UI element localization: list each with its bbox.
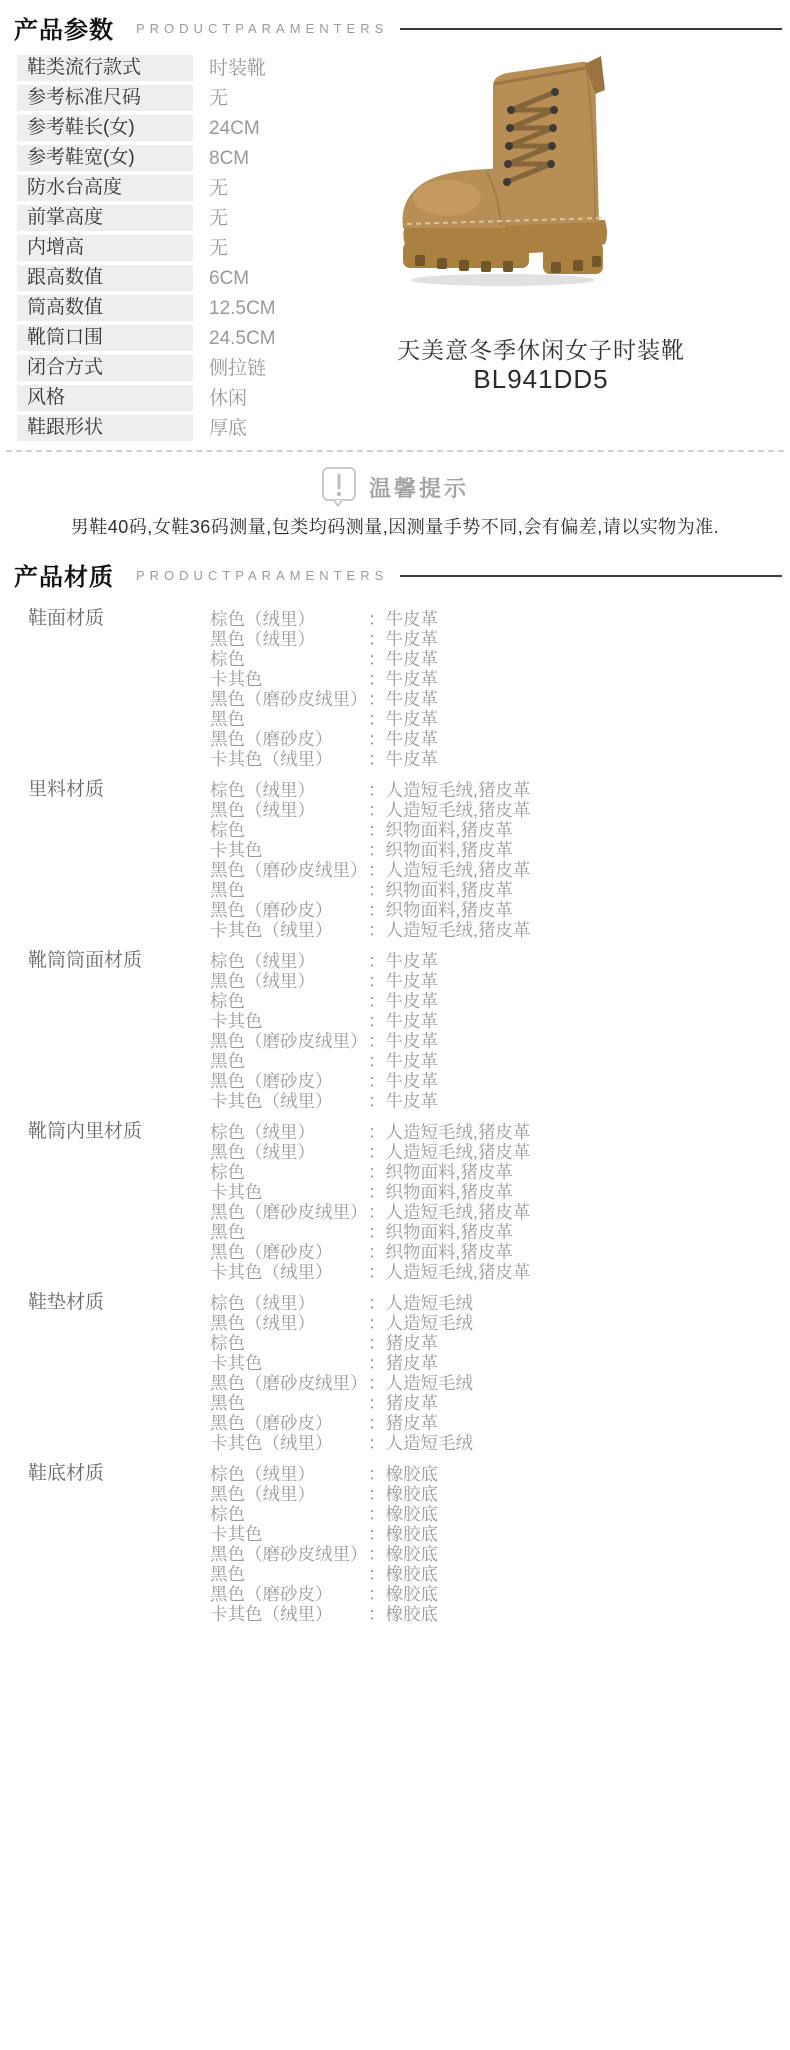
material-colon: ： [368, 609, 386, 629]
material-colon: ： [368, 1464, 386, 1484]
material-colon: ： [368, 1122, 386, 1142]
material-value: 牛皮革 [386, 689, 439, 709]
material-rows: 棕色（绒里）：牛皮革 黑色（绒里）：牛皮革 棕色：牛皮革 卡其色：牛皮革 黑色（… [210, 951, 790, 1111]
material-colon: ： [368, 800, 386, 820]
material-color-label: 卡其色（绒里） [210, 1433, 368, 1453]
material-colon: ： [368, 649, 386, 669]
material-color-label: 黑色 [210, 1051, 368, 1071]
material-colon: ： [368, 1182, 386, 1202]
material-color-label: 黑色 [210, 880, 368, 900]
material-colon: ： [368, 1071, 386, 1091]
material-color-label: 卡其色（绒里） [210, 749, 368, 769]
param-label: 靴筒口围 [17, 325, 193, 351]
tips-title: 温馨提示 [369, 472, 469, 503]
material-colon: ： [368, 1433, 386, 1453]
material-rows: 棕色（绒里）：牛皮革 黑色（绒里）：牛皮革 棕色：牛皮革 卡其色：牛皮革 黑色（… [210, 609, 790, 769]
param-value: 24CM [209, 115, 260, 141]
material-group-label: 靴筒内里材质 [28, 1122, 210, 1282]
material-color-label: 黑色（绒里） [210, 629, 368, 649]
material-value: 人造短毛绒,猪皮革 [386, 920, 531, 940]
material-row: 卡其色：猪皮革 [210, 1353, 790, 1373]
material-color-label: 棕色（绒里） [210, 780, 368, 800]
material-value: 织物面料,猪皮革 [386, 840, 513, 860]
material-value: 牛皮革 [386, 1031, 439, 1051]
material-colon: ： [368, 1564, 386, 1584]
section-header-rule [400, 28, 782, 30]
material-value: 人造短毛绒,猪皮革 [386, 1122, 531, 1142]
material-colon: ： [368, 1544, 386, 1564]
material-row: 棕色：橡胶底 [210, 1504, 790, 1524]
material-color-label: 黑色 [210, 1222, 368, 1242]
material-row: 卡其色：橡胶底 [210, 1524, 790, 1544]
material-color-label: 黑色（磨砂皮绒里） [210, 860, 368, 880]
material-color-label: 卡其色（绒里） [210, 1262, 368, 1282]
materials-section-title: 产品材质 [14, 557, 114, 592]
material-color-label: 棕色（绒里） [210, 1464, 368, 1484]
material-color-label: 黑色（磨砂皮） [210, 1071, 368, 1091]
product-name: 天美意冬季休闲女子时装靴 [300, 332, 782, 365]
material-colon: ： [368, 1031, 386, 1051]
material-row: 棕色（绒里）：牛皮革 [210, 951, 790, 971]
material-row: 卡其色（绒里）：牛皮革 [210, 749, 790, 769]
material-color-label: 黑色（磨砂皮） [210, 729, 368, 749]
material-color-label: 黑色（磨砂皮绒里） [210, 689, 368, 709]
param-label: 参考标准尺码 [17, 85, 193, 111]
material-colon: ： [368, 689, 386, 709]
material-value: 牛皮革 [386, 971, 439, 991]
material-row: 棕色：牛皮革 [210, 991, 790, 1011]
param-value: 12.5CM [209, 295, 276, 321]
material-row: 黑色（绒里）：人造短毛绒,猪皮革 [210, 800, 790, 820]
material-color-label: 卡其色（绒里） [210, 1604, 368, 1624]
material-row: 黑色（绒里）：橡胶底 [210, 1484, 790, 1504]
material-row: 黑色（磨砂皮绒里）：人造短毛绒 [210, 1373, 790, 1393]
boot-shadow [411, 274, 595, 286]
material-color-label: 卡其色 [210, 840, 368, 860]
material-value: 橡胶底 [386, 1504, 439, 1524]
material-group-label: 靴筒筒面材质 [28, 951, 210, 1111]
material-value: 牛皮革 [386, 629, 439, 649]
material-row: 黑色（绒里）：人造短毛绒,猪皮革 [210, 1142, 790, 1162]
exclamation-bubble-icon [321, 466, 357, 508]
material-color-label: 黑色（绒里） [210, 1484, 368, 1504]
material-value: 牛皮革 [386, 669, 439, 689]
material-value: 织物面料,猪皮革 [386, 900, 513, 920]
material-value: 人造短毛绒,猪皮革 [386, 860, 531, 880]
material-colon: ： [368, 900, 386, 920]
material-colon: ： [368, 1202, 386, 1222]
material-color-label: 卡其色 [210, 1524, 368, 1544]
material-colon: ： [368, 749, 386, 769]
material-rows: 棕色（绒里）：橡胶底 黑色（绒里）：橡胶底 棕色：橡胶底 卡其色：橡胶底 黑色（… [210, 1464, 790, 1624]
material-colon: ： [368, 1484, 386, 1504]
material-colon: ： [368, 1262, 386, 1282]
material-color-label: 棕色 [210, 1162, 368, 1182]
material-value: 人造短毛绒,猪皮革 [386, 780, 531, 800]
material-color-label: 黑色（磨砂皮） [210, 900, 368, 920]
material-colon: ： [368, 1504, 386, 1524]
material-row: 黑色（磨砂皮）：猪皮革 [210, 1413, 790, 1433]
material-value: 橡胶底 [386, 1544, 439, 1564]
material-color-label: 黑色 [210, 709, 368, 729]
material-value: 人造短毛绒 [386, 1373, 474, 1393]
material-row: 棕色：牛皮革 [210, 649, 790, 669]
material-value: 橡胶底 [386, 1464, 439, 1484]
material-value: 猪皮革 [386, 1393, 439, 1413]
materials-list: 鞋面材质 棕色（绒里）：牛皮革 黑色（绒里）：牛皮革 棕色：牛皮革 卡其色：牛皮… [0, 595, 790, 1624]
param-label: 筒高数值 [17, 295, 193, 321]
material-row: 棕色：猪皮革 [210, 1333, 790, 1353]
material-colon: ： [368, 991, 386, 1011]
material-rows: 棕色（绒里）：人造短毛绒,猪皮革 黑色（绒里）：人造短毛绒,猪皮革 棕色：织物面… [210, 780, 790, 940]
material-row: 卡其色（绒里）：人造短毛绒,猪皮革 [210, 1262, 790, 1282]
material-group-upper: 鞋面材质 棕色（绒里）：牛皮革 黑色（绒里）：牛皮革 棕色：牛皮革 卡其色：牛皮… [28, 609, 790, 769]
material-color-label: 棕色（绒里） [210, 609, 368, 629]
material-row: 卡其色（绒里）：牛皮革 [210, 1091, 790, 1111]
material-value: 牛皮革 [386, 1091, 439, 1111]
material-color-label: 棕色 [210, 820, 368, 840]
material-row: 黑色（磨砂皮）：织物面料,猪皮革 [210, 1242, 790, 1262]
material-color-label: 黑色（磨砂皮） [210, 1242, 368, 1262]
material-value: 橡胶底 [386, 1584, 439, 1604]
material-row: 棕色（绒里）：牛皮革 [210, 609, 790, 629]
params-section-title: 产品参数 [14, 10, 114, 45]
material-colon: ： [368, 1584, 386, 1604]
material-value: 人造短毛绒,猪皮革 [386, 1262, 531, 1282]
material-colon: ： [368, 1242, 386, 1262]
material-group-insole: 鞋垫材质 棕色（绒里）：人造短毛绒 黑色（绒里）：人造短毛绒 棕色：猪皮革 卡其… [28, 1293, 790, 1453]
material-colon: ： [368, 780, 386, 800]
material-value: 牛皮革 [386, 1051, 439, 1071]
material-value: 牛皮革 [386, 1071, 439, 1091]
material-value: 织物面料,猪皮革 [386, 880, 513, 900]
material-colon: ： [368, 920, 386, 940]
material-colon: ： [368, 1011, 386, 1031]
materials-section-header: 产品材质 PRODUCTPARAMENTERS [0, 547, 790, 595]
material-row: 黑色（绒里）：牛皮革 [210, 629, 790, 649]
material-color-label: 卡其色 [210, 1353, 368, 1373]
material-color-label: 黑色（磨砂皮绒里） [210, 1544, 368, 1564]
material-color-label: 黑色（磨砂皮绒里） [210, 1202, 368, 1222]
material-value: 牛皮革 [386, 951, 439, 971]
material-color-label: 棕色（绒里） [210, 1122, 368, 1142]
material-color-label: 棕色（绒里） [210, 951, 368, 971]
product-image-boot [395, 50, 610, 290]
material-row: 黑色：猪皮革 [210, 1393, 790, 1413]
param-label: 风格 [17, 385, 193, 411]
material-value: 牛皮革 [386, 1011, 439, 1031]
param-label: 闭合方式 [17, 355, 193, 381]
tips-header: 温馨提示 [0, 465, 790, 509]
top-area: 鞋类流行款式 时装靴 参考标准尺码 无 参考鞋长(女) 24CM 参考鞋宽(女)… [0, 48, 790, 450]
params-section-header: 产品参数 PRODUCTPARAMENTERS [0, 0, 790, 48]
param-label: 内增高 [17, 235, 193, 261]
material-row: 黑色：织物面料,猪皮革 [210, 1222, 790, 1242]
material-group-lining: 里料材质 棕色（绒里）：人造短毛绒,猪皮革 黑色（绒里）：人造短毛绒,猪皮革 棕… [28, 780, 790, 940]
material-colon: ： [368, 820, 386, 840]
material-value: 人造短毛绒 [386, 1293, 474, 1313]
material-colon: ： [368, 1333, 386, 1353]
param-label: 鞋类流行款式 [17, 55, 193, 81]
material-value: 织物面料,猪皮革 [386, 1242, 513, 1262]
material-colon: ： [368, 1524, 386, 1544]
material-group-label: 鞋底材质 [28, 1464, 210, 1624]
material-colon: ： [368, 860, 386, 880]
material-value: 人造短毛绒,猪皮革 [386, 1202, 531, 1222]
material-value: 织物面料,猪皮革 [386, 1162, 513, 1182]
param-value: 时装靴 [209, 55, 266, 81]
param-label: 参考鞋长(女) [17, 115, 193, 141]
material-row: 卡其色：织物面料,猪皮革 [210, 840, 790, 860]
material-row: 黑色（磨砂皮）：牛皮革 [210, 729, 790, 749]
param-label: 鞋跟形状 [17, 415, 193, 441]
material-colon: ： [368, 669, 386, 689]
material-value: 人造短毛绒,猪皮革 [386, 1142, 531, 1162]
material-row: 卡其色：牛皮革 [210, 1011, 790, 1031]
material-row: 黑色（磨砂皮）：织物面料,猪皮革 [210, 900, 790, 920]
material-row: 棕色（绒里）：人造短毛绒 [210, 1293, 790, 1313]
params-section-subtitle: PRODUCTPARAMENTERS [136, 21, 388, 36]
material-color-label: 黑色 [210, 1393, 368, 1413]
material-color-label: 卡其色 [210, 1011, 368, 1031]
material-row: 卡其色（绒里）：人造短毛绒,猪皮革 [210, 920, 790, 940]
material-row: 黑色（绒里）：人造短毛绒 [210, 1313, 790, 1333]
material-group-shaft-surface: 靴筒筒面材质 棕色（绒里）：牛皮革 黑色（绒里）：牛皮革 棕色：牛皮革 卡其色：… [28, 951, 790, 1111]
material-colon: ： [368, 1142, 386, 1162]
boot-toe-highlight [413, 180, 481, 216]
material-color-label: 棕色 [210, 1333, 368, 1353]
materials-section-subtitle: PRODUCTPARAMENTERS [136, 568, 388, 583]
material-row: 黑色（磨砂皮）：牛皮革 [210, 1071, 790, 1091]
material-colon: ： [368, 1413, 386, 1433]
param-value: 无 [209, 205, 228, 231]
material-value: 织物面料,猪皮革 [386, 820, 513, 840]
material-color-label: 卡其色（绒里） [210, 1091, 368, 1111]
material-row: 黑色（绒里）：牛皮革 [210, 971, 790, 991]
material-color-label: 黑色（绒里） [210, 971, 368, 991]
material-colon: ： [368, 880, 386, 900]
param-label: 前掌高度 [17, 205, 193, 231]
material-group-label: 鞋垫材质 [28, 1293, 210, 1453]
material-colon: ： [368, 1051, 386, 1071]
material-row: 黑色：橡胶底 [210, 1564, 790, 1584]
param-value: 24.5CM [209, 325, 276, 351]
material-row: 黑色：牛皮革 [210, 1051, 790, 1071]
material-color-label: 棕色 [210, 1504, 368, 1524]
material-colon: ： [368, 1293, 386, 1313]
material-value: 橡胶底 [386, 1604, 439, 1624]
material-value: 牛皮革 [386, 729, 439, 749]
material-color-label: 黑色（磨砂皮） [210, 1413, 368, 1433]
param-value: 无 [209, 85, 228, 111]
material-group-outsole: 鞋底材质 棕色（绒里）：橡胶底 黑色（绒里）：橡胶底 棕色：橡胶底 卡其色：橡胶… [28, 1464, 790, 1624]
material-colon: ： [368, 1393, 386, 1413]
material-color-label: 卡其色 [210, 669, 368, 689]
material-row: 黑色：牛皮革 [210, 709, 790, 729]
material-row: 黑色（磨砂皮绒里）：橡胶底 [210, 1544, 790, 1564]
material-colon: ： [368, 1091, 386, 1111]
material-value: 橡胶底 [386, 1484, 439, 1504]
material-row: 卡其色：织物面料,猪皮革 [210, 1182, 790, 1202]
param-label: 跟高数值 [17, 265, 193, 291]
param-label: 防水台高度 [17, 175, 193, 201]
material-value: 橡胶底 [386, 1564, 439, 1584]
param-value: 无 [209, 175, 228, 201]
material-value: 织物面料,猪皮革 [386, 1182, 513, 1202]
material-value: 牛皮革 [386, 709, 439, 729]
material-colon: ： [368, 709, 386, 729]
material-row: 棕色：织物面料,猪皮革 [210, 820, 790, 840]
material-color-label: 棕色（绒里） [210, 1293, 368, 1313]
material-value: 人造短毛绒,猪皮革 [386, 800, 531, 820]
material-group-shaft-lining: 靴筒内里材质 棕色（绒里）：人造短毛绒,猪皮革 黑色（绒里）：人造短毛绒,猪皮革… [28, 1122, 790, 1282]
material-value: 人造短毛绒 [386, 1313, 474, 1333]
material-colon: ： [368, 840, 386, 860]
material-colon: ： [368, 1313, 386, 1333]
param-value: 休闲 [209, 385, 247, 411]
material-row: 卡其色：牛皮革 [210, 669, 790, 689]
section-header-rule [400, 575, 782, 577]
material-rows: 棕色（绒里）：人造短毛绒,猪皮革 黑色（绒里）：人造短毛绒,猪皮革 棕色：织物面… [210, 1122, 790, 1282]
material-colon: ： [368, 1604, 386, 1624]
param-value: 6CM [209, 265, 249, 291]
product-model: BL941DD5 [300, 364, 782, 395]
material-value: 牛皮革 [386, 609, 439, 629]
material-value: 猪皮革 [386, 1413, 439, 1433]
material-value: 牛皮革 [386, 749, 439, 769]
material-value: 猪皮革 [386, 1353, 439, 1373]
param-value: 厚底 [209, 415, 247, 441]
param-label: 参考鞋宽(女) [17, 145, 193, 171]
material-value: 人造短毛绒 [386, 1433, 474, 1453]
material-color-label: 黑色（绒里） [210, 800, 368, 820]
product-detail-page: 产品参数 PRODUCTPARAMENTERS 鞋类流行款式 时装靴 参考标准尺… [0, 0, 790, 2050]
material-colon: ： [368, 951, 386, 971]
material-rows: 棕色（绒里）：人造短毛绒 黑色（绒里）：人造短毛绒 棕色：猪皮革 卡其色：猪皮革… [210, 1293, 790, 1453]
material-colon: ： [368, 971, 386, 991]
material-color-label: 黑色 [210, 1564, 368, 1584]
material-group-label: 里料材质 [28, 780, 210, 940]
product-column: 天美意冬季休闲女子时装靴 BL941DD5 [300, 48, 782, 450]
material-row: 棕色：织物面料,猪皮革 [210, 1162, 790, 1182]
tips-text: 男鞋40码,女鞋36码测量,包类均码测量,因测量手势不同,会有偏差,请以实物为准… [0, 513, 790, 539]
material-color-label: 黑色（磨砂皮） [210, 1584, 368, 1604]
material-value: 猪皮革 [386, 1333, 439, 1353]
material-row: 黑色（磨砂皮绒里）：人造短毛绒,猪皮革 [210, 860, 790, 880]
material-color-label: 棕色 [210, 991, 368, 1011]
material-value: 橡胶底 [386, 1524, 439, 1544]
param-value: 侧拉链 [209, 355, 266, 381]
material-color-label: 黑色（磨砂皮绒里） [210, 1031, 368, 1051]
material-row: 黑色（磨砂皮绒里）：牛皮革 [210, 1031, 790, 1051]
material-value: 织物面料,猪皮革 [386, 1222, 513, 1242]
material-row: 棕色（绒里）：橡胶底 [210, 1464, 790, 1484]
param-value: 无 [209, 235, 228, 261]
material-value: 牛皮革 [386, 991, 439, 1011]
tips-section: 温馨提示 男鞋40码,女鞋36码测量,包类均码测量,因测量手势不同,会有偏差,请… [0, 452, 790, 547]
material-colon: ： [368, 1222, 386, 1242]
material-color-label: 黑色（绒里） [210, 1142, 368, 1162]
material-row: 黑色（磨砂皮）：橡胶底 [210, 1584, 790, 1604]
material-colon: ： [368, 1162, 386, 1182]
material-colon: ： [368, 729, 386, 749]
material-row: 卡其色（绒里）：橡胶底 [210, 1604, 790, 1624]
material-row: 黑色（磨砂皮绒里）：牛皮革 [210, 689, 790, 709]
material-colon: ： [368, 629, 386, 649]
material-color-label: 黑色（绒里） [210, 1313, 368, 1333]
material-row: 黑色（磨砂皮绒里）：人造短毛绒,猪皮革 [210, 1202, 790, 1222]
material-row: 卡其色（绒里）：人造短毛绒 [210, 1433, 790, 1453]
material-colon: ： [368, 1353, 386, 1373]
param-value: 8CM [209, 145, 249, 171]
material-color-label: 卡其色 [210, 1182, 368, 1202]
material-color-label: 黑色（磨砂皮绒里） [210, 1373, 368, 1393]
material-value: 牛皮革 [386, 649, 439, 669]
material-group-label: 鞋面材质 [28, 609, 210, 769]
material-row: 棕色（绒里）：人造短毛绒,猪皮革 [210, 1122, 790, 1142]
material-row: 黑色：织物面料,猪皮革 [210, 880, 790, 900]
material-row: 棕色（绒里）：人造短毛绒,猪皮革 [210, 780, 790, 800]
material-color-label: 卡其色（绒里） [210, 920, 368, 940]
material-colon: ： [368, 1373, 386, 1393]
material-color-label: 棕色 [210, 649, 368, 669]
